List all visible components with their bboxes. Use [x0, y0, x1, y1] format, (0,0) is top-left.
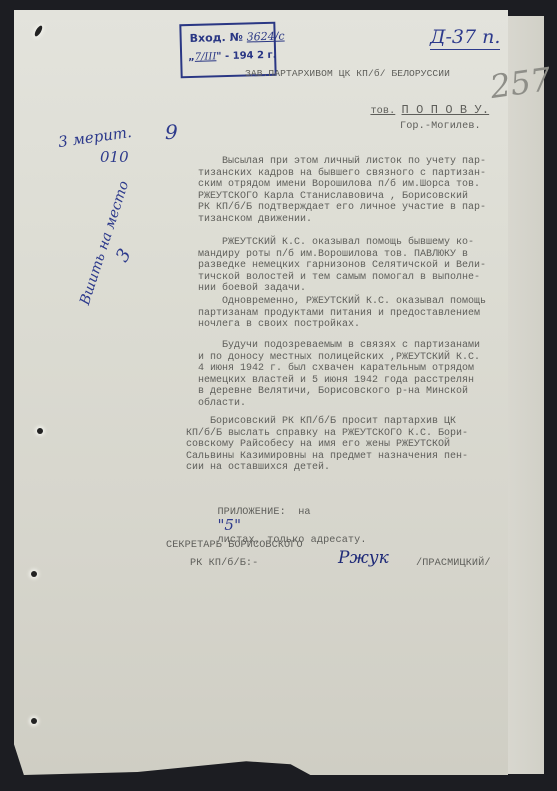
- body-line: Будучи подозреваемым в связях с партизан…: [198, 340, 480, 351]
- attachment-count: "5": [217, 516, 241, 534]
- signatory-name: /ПРАСМИЦКИЙ/: [416, 558, 491, 570]
- margin-note-digit: 9: [165, 120, 178, 144]
- body-line: разведке немецких гарнизонов Селятичской…: [198, 260, 486, 271]
- body-line: РЖЕУТСКОГО Карла Станиславовича , Борисо…: [198, 191, 468, 202]
- signature: Ржук: [338, 548, 389, 568]
- body-line: и по доносу местных полицейских ,РЖЕУТСК…: [198, 352, 480, 363]
- body-line: мандиру роты п/б им.Ворошилова тов. ПАВЛ…: [198, 249, 468, 260]
- body-line: области.: [198, 398, 246, 409]
- body-line: РЖЕУТСКИЙ К.С. оказывал помощь бывшему к…: [198, 237, 474, 248]
- body-line: РК КП/б/Б подтверждает его личное участи…: [198, 202, 486, 213]
- margin-note-code: 010: [100, 148, 129, 166]
- addressee-name: П О П О В У.: [402, 103, 490, 117]
- body-line: Одновременно, РЖЕУТСКИЙ К.С. оказывал по…: [198, 296, 486, 307]
- body-line: Борисовский РК КП/б/Б просит партархив Ц…: [186, 416, 456, 427]
- addressee-city: Гор.-Могилев.: [400, 121, 481, 133]
- body-line: сии на оставшихся детей.: [186, 462, 330, 473]
- punch-hole: [31, 718, 37, 724]
- body-line: совскому Райсобесу на имя его жены РЖЕУТ…: [186, 439, 450, 450]
- addressee-title: тов.: [370, 106, 395, 117]
- body-line: ночлега в своих постройках.: [198, 319, 360, 330]
- body-line: в деревне Велятичи, Борисовского р-на Ми…: [198, 386, 468, 397]
- stamp-date-year: - 194 2 г.: [225, 50, 277, 62]
- body-line: тичской волостей и тем самым помогал в в…: [198, 272, 480, 283]
- stamp-number: 3624/с: [247, 30, 285, 44]
- stamp-date-day: 7/III: [195, 51, 217, 63]
- body-line: нии боевой задачи.: [198, 283, 306, 294]
- body-line: немецких властей и 5 июня 1942 года расс…: [198, 375, 474, 386]
- stamp-label: Вход. №: [190, 31, 243, 45]
- punch-hole: [37, 428, 43, 434]
- body-line: Высылая при этом личный листок по учету …: [198, 156, 486, 167]
- body-line: 4 июня 1942 г. был схвачен карательным о…: [198, 363, 474, 374]
- body-line: тизанском движении.: [198, 214, 312, 225]
- addressee-line-1: ЗАВ.ПАРТАРХИВОМ ЦК КП/б/ БЕЛОРУССИИ: [245, 68, 450, 80]
- addressee-line-2: тов. П О П О В У.: [358, 92, 489, 118]
- punch-hole: [31, 571, 37, 577]
- body-line: тизанских кадров на бывшего связного с п…: [198, 168, 486, 179]
- archive-code: Д-37 п.: [430, 26, 500, 50]
- body-line: Сальвины Казимировны на предмет назначен…: [186, 451, 468, 462]
- body-line: КП/б/Б выслать справку на РЖЕУТСКОГО К.С…: [186, 428, 468, 439]
- body-line: партизанам продуктами питания и предоста…: [198, 308, 480, 319]
- signatory-title-1: СЕКРЕТАРЬ БОРИСОВСКОГО: [166, 540, 303, 552]
- body-line: ским отрядом имени Ворошилова п/б им.Шор…: [198, 179, 480, 190]
- signatory-title-2: РК КП/б/Б:-: [190, 558, 258, 570]
- page-edge: [508, 16, 544, 774]
